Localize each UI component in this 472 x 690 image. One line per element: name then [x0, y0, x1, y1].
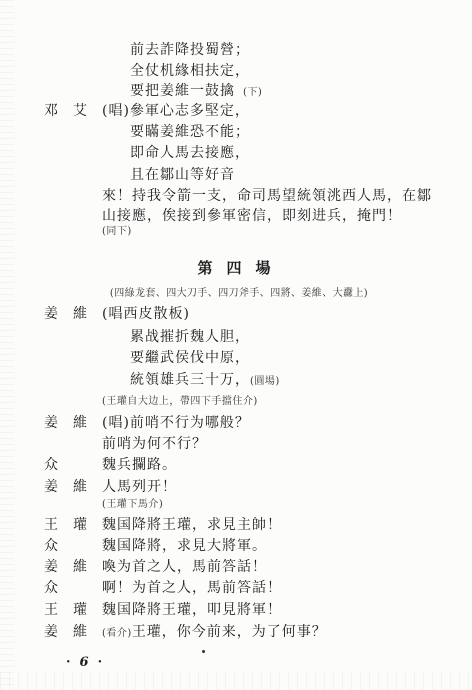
speaker-name-char: 姜 [44, 623, 58, 641]
line-text: 人馬列开！ [102, 478, 177, 496]
lyric-line: 要瞞姜維恐不能； [0, 123, 472, 141]
line-text: 魏兵攔路。 [102, 456, 177, 474]
scene-stage-direction: (四綠龙套、四大刀手、四刀斧手、四將、姜維、大纛上) [0, 287, 472, 301]
line-text: 前哨为何不行？ [102, 435, 207, 453]
line-text: (唱西皮散板) [102, 305, 190, 323]
speech-line: 前哨为何不行？ [0, 435, 472, 453]
speaker-name-char: 維 [73, 414, 87, 432]
scene-title: 第四場 [0, 258, 472, 278]
dialogue-line: 姜 維 (唱)前哨不行为哪般？ [0, 414, 472, 432]
lyric-line: 即命人馬去接應， [0, 144, 472, 162]
speaker-name-char: 众 [44, 456, 58, 474]
dialogue-line: 姜 維 喚为首之人，馬前答話！ [0, 558, 472, 576]
line-text-body: 要把姜維一鼓擒 [130, 83, 235, 99]
line-text: (唱)參軍心志多堅定， [102, 102, 250, 120]
speaker-name-char: 姜 [44, 478, 58, 496]
line-text: 且在鄒山等好音 [130, 166, 235, 184]
scan-bottom-noise [0, 672, 472, 690]
lyric-line: 統領雄兵三十万，(圓場) [0, 371, 472, 389]
lyric-line: 要把姜維一鼓擒(下) [0, 82, 472, 100]
page-number-dot: · [66, 655, 71, 670]
lyric-line: 前去詐降投蜀營； [0, 41, 472, 59]
stage-direction: (王瓘自大边上，帶四下手擋住介) [102, 395, 258, 409]
page-number-value: 6 [80, 655, 89, 670]
line-text: 統領雄兵三十万，(圓場) [130, 371, 280, 391]
line-text-body: 王瓘，你今前来，为了何事？ [132, 624, 327, 640]
stage-note: (看介) [102, 628, 132, 639]
dialogue-line: 众 啊！为首之人，馬前答話！ [0, 579, 472, 597]
scan-speck [202, 650, 205, 653]
line-text: 要瞞姜維恐不能； [130, 123, 250, 141]
dialogue-line: 姜 維 (看介)王瓘，你今前来，为了何事？ [0, 623, 472, 641]
line-text: 山接應，俟接到參軍密信，即刻进兵，掩門！ [102, 207, 402, 225]
speaker-name-char: 維 [73, 478, 87, 496]
line-text: 全仗机緣相扶定， [130, 62, 250, 80]
line-text: 要繼武侯伐中原， [130, 349, 250, 367]
line-text-body: 統領雄兵三十万， [130, 372, 250, 388]
speaker-name-char: 姜 [44, 558, 58, 576]
stage-note: (下) [243, 87, 262, 98]
line-text: 魏国降將，求見大將軍。 [102, 537, 267, 555]
line-text: 喚为首之人，馬前答話！ [102, 558, 267, 576]
book-page: 前去詐降投蜀營； 全仗机緣相扶定， 要把姜維一鼓擒(下) 邓 艾 (唱)參軍心志… [0, 0, 472, 690]
speaker-name-char: 众 [44, 579, 58, 597]
speaker-name-char: 瓘 [73, 516, 87, 534]
speaker-name-char: 維 [73, 558, 87, 576]
speech-line: 來！持我令箭一支，命司馬望統領洮西人馬，在鄒 [0, 187, 472, 205]
speaker-name-char: 維 [73, 623, 87, 641]
speaker-name-char: 艾 [73, 102, 87, 120]
line-text: (唱)前哨不行为哪般？ [102, 414, 250, 432]
lyric-line: 要繼武侯伐中原， [0, 349, 472, 367]
dialogue-line: 姜 維 (唱西皮散板) [0, 305, 472, 323]
dialogue-line: 众 魏国降將，求見大將軍。 [0, 537, 472, 555]
lyric-line: 全仗机緣相扶定， [0, 62, 472, 80]
line-text: 來！持我令箭一支，命司馬望統領洮西人馬，在鄒 [102, 187, 432, 205]
line-text: 魏国降將王瓘，求見主帥！ [102, 516, 282, 534]
stage-direction: (同下) [102, 225, 132, 239]
page-number: ·6· [66, 654, 102, 672]
stage-direction: (王瓘下馬介) [102, 498, 163, 512]
stage-note: (圓場) [250, 376, 280, 387]
speaker-name-char: 姜 [44, 414, 58, 432]
line-text: 啊！为首之人，馬前答話！ [102, 579, 282, 597]
speaker-name-char: 邓 [44, 102, 58, 120]
line-text: 要把姜維一鼓擒(下) [130, 82, 262, 102]
speaker-name-char: 瓘 [73, 601, 87, 619]
line-text: 前去詐降投蜀營； [130, 41, 250, 59]
page-number-dot: · [98, 655, 103, 670]
speaker-name-char: 众 [44, 537, 58, 555]
dialogue-line: 王 瓘 魏国降將王瓘，叩見將軍！ [0, 601, 472, 619]
speaker-name-char: 維 [73, 305, 87, 323]
dialogue-line: 邓 艾 (唱)參軍心志多堅定， [0, 102, 472, 120]
speaker-name-char: 王 [44, 601, 58, 619]
lyric-line: 且在鄒山等好音 [0, 166, 472, 184]
speaker-name-char: 姜 [44, 305, 58, 323]
lyric-line: 累战摧折魏人胆， [0, 328, 472, 346]
dialogue-line: 姜 維 人馬列开！ [0, 478, 472, 496]
dialogue-line: 众 魏兵攔路。 [0, 456, 472, 474]
line-text: 即命人馬去接應， [130, 144, 250, 162]
dialogue-line: 王 瓘 魏国降將王瓘，求見主帥！ [0, 516, 472, 534]
speech-line: 山接應，俟接到參軍密信，即刻进兵，掩門！ [0, 207, 472, 225]
line-text: 累战摧折魏人胆， [130, 328, 250, 346]
speaker-name-char: 王 [44, 516, 58, 534]
line-text: 魏国降將王瓘，叩見將軍！ [102, 601, 282, 619]
line-text: (看介)王瓘，你今前来，为了何事？ [102, 623, 327, 643]
